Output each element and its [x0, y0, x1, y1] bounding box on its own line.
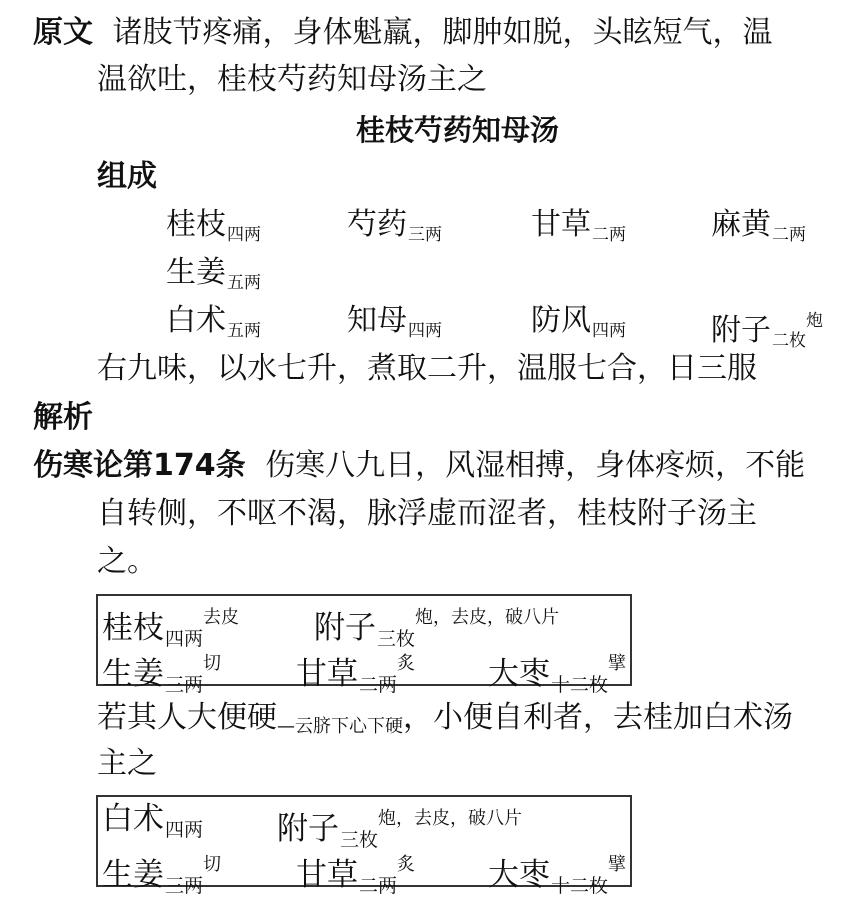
- herb-name: 白术: [102, 801, 164, 837]
- herb-item: 生姜三两切: [102, 648, 221, 701]
- herb-name: 白术: [166, 303, 226, 338]
- clause-paragraph: 伤寒论第174条 伤寒八九日，风湿相搏，身体疼烦，不能: [33, 450, 805, 482]
- herb-note: 炮: [806, 311, 823, 331]
- herb-dose: 三枚: [377, 628, 415, 650]
- herb-dose: 三两: [165, 875, 203, 897]
- herb-item: 附子二枚炮: [711, 305, 823, 357]
- herb-dose: 十二枚: [551, 875, 608, 897]
- herb-dose: 三两: [165, 674, 203, 696]
- herb-item: 知母四两: [347, 305, 442, 347]
- herb-item: 大枣十二枚擘: [488, 648, 626, 701]
- herb-dose: 二两: [359, 875, 397, 897]
- original-text-line1: 诸肢节疼痛，身体魁羸，脚肿如脱，头眩短气，温: [113, 15, 773, 50]
- herb-dose: 三两: [408, 225, 442, 245]
- herb-name: 芍药: [347, 207, 407, 242]
- herb-dose: 二两: [592, 225, 626, 245]
- herb-note: 切: [203, 854, 221, 875]
- herb-name: 生姜: [102, 857, 164, 893]
- follow-text-b: ，小便自利者，去桂加白术汤: [403, 700, 793, 735]
- herb-dose: 二两: [772, 225, 806, 245]
- herb-name: 附子: [314, 610, 376, 646]
- herb-name: 桂枝: [102, 610, 164, 646]
- herb-item: 甘草二两炙: [296, 849, 415, 900]
- herb-item: 白术四两: [102, 803, 203, 846]
- original-text-line2: 温欲吐，桂枝芍药知母汤主之: [97, 64, 487, 96]
- herb-item: 生姜三两切: [102, 849, 221, 900]
- herb-name: 生姜: [166, 255, 226, 290]
- follow-text-annotation: —云脐下心下硬: [277, 716, 403, 737]
- composition-label: 组成: [97, 161, 157, 193]
- herb-name: 麻黄: [711, 207, 771, 242]
- herb-name: 知母: [347, 303, 407, 338]
- follow-text-line2: 主之: [97, 748, 157, 780]
- follow-text-a: 若其人大便硬: [97, 700, 277, 735]
- herb-dose: 五两: [227, 273, 261, 293]
- herb-name: 桂枝: [166, 207, 226, 242]
- herb-name: 甘草: [296, 857, 358, 893]
- herb-item: 芍药三两: [347, 209, 442, 251]
- herb-item: 大枣十二枚擘: [488, 849, 626, 900]
- herb-dose: 四两: [408, 321, 442, 341]
- formula-box-guizhi-fuzi: 桂枝四两去皮 附子三枚炮，去皮，破八片 生姜三两切 甘草二两炙 大枣十二枚擘: [96, 594, 632, 686]
- formula-box-baizhu: 白术四两 附子三枚炮，去皮，破八片 生姜三两切 甘草二两炙 大枣十二枚擘: [96, 795, 632, 887]
- herb-dose: 四两: [165, 628, 203, 650]
- herb-dose: 四两: [165, 819, 203, 841]
- herb-note: 切: [203, 653, 221, 674]
- herb-name: 附子: [277, 811, 339, 847]
- herb-note: 炙: [397, 653, 415, 674]
- herb-name: 生姜: [102, 656, 164, 692]
- formula-title: 桂枝芍药知母汤: [356, 114, 559, 146]
- herb-name: 甘草: [296, 656, 358, 692]
- herb-name: 大枣: [488, 656, 550, 692]
- herb-note: 炮，去皮，破八片: [378, 808, 522, 829]
- herb-note: 擘: [608, 854, 626, 875]
- analysis-label: 解析: [33, 402, 93, 434]
- clause-text-line2: 自转侧，不呕不渴，脉浮虚而涩者，桂枝附子汤主: [97, 498, 757, 530]
- herb-name: 防风: [531, 303, 591, 338]
- herb-item: 生姜五两: [166, 257, 261, 299]
- herb-dose: 十二枚: [551, 674, 608, 696]
- herb-dose: 四两: [592, 321, 626, 341]
- herb-dose: 五两: [227, 321, 261, 341]
- herb-name: 大枣: [488, 857, 550, 893]
- herb-note: 炙: [397, 854, 415, 875]
- original-label: 原文: [33, 15, 93, 50]
- clause-label: 伤寒论第174条: [33, 448, 246, 483]
- herb-item: 防风四两: [531, 305, 626, 347]
- herb-note: 去皮: [203, 607, 239, 628]
- herb-name: 附子: [711, 313, 771, 348]
- herb-dose: 二两: [359, 674, 397, 696]
- original-paragraph: 原文 诸肢节疼痛，身体魁羸，脚肿如脱，头眩短气，温: [33, 17, 773, 49]
- herb-item: 甘草二两炙: [296, 648, 415, 701]
- herb-item: 白术五两: [166, 305, 261, 347]
- herb-note: 炮，去皮，破八片: [415, 607, 559, 628]
- herb-dose: 三枚: [340, 829, 378, 851]
- herb-dose: 二枚: [772, 331, 806, 351]
- herb-dose: 四两: [227, 225, 261, 245]
- herb-item: 桂枝四两: [166, 209, 261, 251]
- herb-note: 擘: [608, 653, 626, 674]
- herb-item: 甘草二两: [531, 209, 626, 251]
- herb-item: 麻黄二两: [711, 209, 806, 251]
- follow-text-line1: 若其人大便硬—云脐下心下硬，小便自利者，去桂加白术汤: [97, 702, 793, 743]
- clause-text-line1: 伤寒八九日，风湿相搏，身体疼烦，不能: [265, 448, 805, 483]
- preparation-text: 右九味，以水七升，煮取二升，温服七合，日三服: [97, 353, 757, 385]
- clause-text-line3: 之。: [97, 546, 157, 578]
- herb-name: 甘草: [531, 207, 591, 242]
